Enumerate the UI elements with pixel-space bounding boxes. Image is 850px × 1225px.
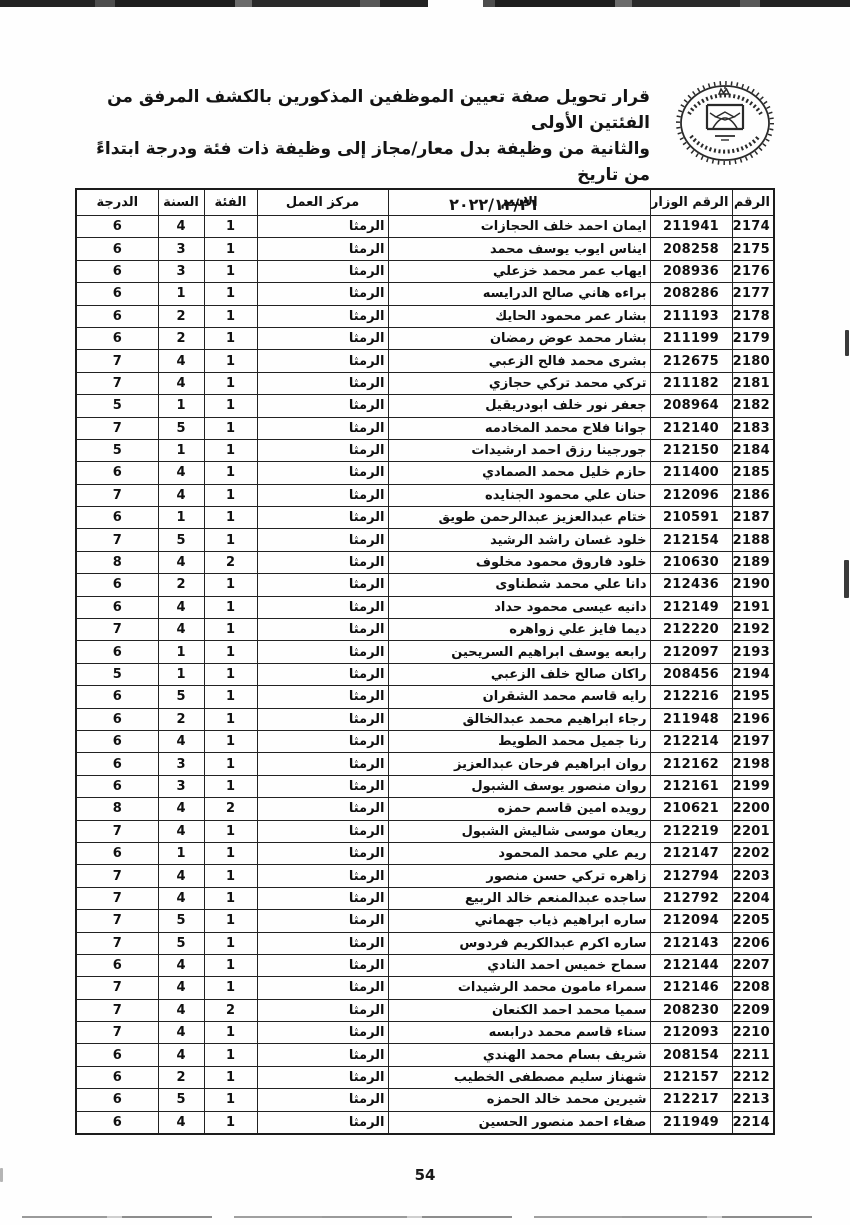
grade-cell: 6 [76, 1089, 158, 1111]
category-cell: 1 [204, 842, 257, 864]
ministry-number-cell: 211400 [650, 462, 732, 484]
table-row: 2201212219ريعان موسى شاليش الشبولالرمثا1… [76, 820, 774, 842]
header-year: السنة [158, 189, 204, 216]
ministry-number-cell: 212154 [650, 529, 732, 551]
ministry-number-cell: 208154 [650, 1044, 732, 1066]
category-cell: 1 [204, 977, 257, 999]
ministry-number-cell: 211948 [650, 708, 732, 730]
year-cell: 2 [158, 305, 204, 327]
grade-cell: 7 [76, 887, 158, 909]
name-cell: جورجينا رزق احمد ارشيدات [388, 439, 650, 461]
row-number-cell: 2198 [732, 753, 774, 775]
grade-cell: 8 [76, 551, 158, 573]
year-cell: 4 [158, 820, 204, 842]
row-number-cell: 2199 [732, 775, 774, 797]
grade-cell: 6 [76, 574, 158, 596]
ministry-number-cell: 211941 [650, 216, 732, 238]
table-row: 2179211199بشار محمد عوض رمضانالرمثا126 [76, 327, 774, 349]
name-cell: سناء قاسم محمد درابسه [388, 1022, 650, 1044]
row-number-cell: 2203 [732, 865, 774, 887]
year-cell: 5 [158, 1089, 204, 1111]
table-row: 2205212094ساره ابراهيم ذياب جهمانيالرمثا… [76, 910, 774, 932]
grade-cell: 7 [76, 372, 158, 394]
work-center-cell: الرمثا [257, 1089, 388, 1111]
table-row: 2210212093سناء قاسم محمد درابسهالرمثا147 [76, 1022, 774, 1044]
work-center-cell: الرمثا [257, 865, 388, 887]
ministry-number-cell: 210621 [650, 798, 732, 820]
year-cell: 5 [158, 417, 204, 439]
grade-cell: 6 [76, 216, 158, 238]
grade-cell: 6 [76, 305, 158, 327]
ministry-number-cell: 211949 [650, 1111, 732, 1134]
header-ministry-number: الرقم الوزاري [650, 189, 732, 216]
ministry-number-cell: 212140 [650, 417, 732, 439]
work-center-cell: الرمثا [257, 1044, 388, 1066]
scan-edge-artifact-top [0, 0, 850, 7]
name-cell: صفاء احمد منصور الحسين [388, 1111, 650, 1134]
name-cell: رابعه يوسف ابراهيم السريحين [388, 641, 650, 663]
table-row: 2212212157شهناز سليم مصطفى الخطيبالرمثا1… [76, 1066, 774, 1088]
row-number-cell: 2193 [732, 641, 774, 663]
grade-cell: 7 [76, 417, 158, 439]
year-cell: 3 [158, 775, 204, 797]
table-row: 2213212217شيرين محمد خالد الحمزهالرمثا15… [76, 1089, 774, 1111]
category-cell: 1 [204, 932, 257, 954]
grade-cell: 6 [76, 507, 158, 529]
ministry-number-cell: 208230 [650, 999, 732, 1021]
grade-cell: 5 [76, 439, 158, 461]
ministry-number-cell: 212162 [650, 753, 732, 775]
year-cell: 5 [158, 686, 204, 708]
ministry-number-cell: 212436 [650, 574, 732, 596]
year-cell: 2 [158, 327, 204, 349]
work-center-cell: الرمثا [257, 551, 388, 573]
grade-cell: 6 [76, 462, 158, 484]
category-cell: 1 [204, 574, 257, 596]
year-cell: 2 [158, 708, 204, 730]
row-number-cell: 2210 [732, 1022, 774, 1044]
work-center-cell: الرمثا [257, 327, 388, 349]
row-number-cell: 2213 [732, 1089, 774, 1111]
name-cell: زاهره تركي حسن منصور [388, 865, 650, 887]
row-number-cell: 2196 [732, 708, 774, 730]
year-cell: 4 [158, 350, 204, 372]
table-row: 2188212154خلود غسان راشد الرشيدالرمثا157 [76, 529, 774, 551]
grade-cell: 6 [76, 753, 158, 775]
name-cell: سماح خميس احمد النادي [388, 954, 650, 976]
year-cell: 1 [158, 439, 204, 461]
category-cell: 1 [204, 954, 257, 976]
jordan-ministry-seal-icon [661, 78, 789, 168]
ministry-number-cell: 212144 [650, 954, 732, 976]
year-cell: 4 [158, 999, 204, 1021]
name-cell: راكان صالح خلف الزعبي [388, 663, 650, 685]
year-cell: 2 [158, 574, 204, 596]
work-center-cell: الرمثا [257, 910, 388, 932]
name-cell: بشار محمد عوض رمضان [388, 327, 650, 349]
table-row: 2198212162روان ابراهيم فرحان عبدالعزيزال… [76, 753, 774, 775]
table-row: 2183212140جوانا فلاح محمد المخادمهالرمثا… [76, 417, 774, 439]
category-cell: 1 [204, 462, 257, 484]
category-cell: 1 [204, 708, 257, 730]
work-center-cell: الرمثا [257, 350, 388, 372]
grade-cell: 7 [76, 484, 158, 506]
category-cell: 1 [204, 350, 257, 372]
year-cell: 3 [158, 753, 204, 775]
category-cell: 2 [204, 999, 257, 1021]
work-center-cell: الرمثا [257, 977, 388, 999]
ministry-number-cell: 211199 [650, 327, 732, 349]
category-cell: 1 [204, 775, 257, 797]
table-row: 2182208964جعفر نور خلف ابودريقيلالرمثا11… [76, 395, 774, 417]
name-cell: شيرين محمد خالد الحمزه [388, 1089, 650, 1111]
ministry-number-cell: 212220 [650, 619, 732, 641]
work-center-cell: الرمثا [257, 820, 388, 842]
year-cell: 4 [158, 484, 204, 506]
name-cell: بشرى محمد فالح الزعبي [388, 350, 650, 372]
name-cell: روان ابراهيم فرحان عبدالعزيز [388, 753, 650, 775]
table-header-row: الرقم الرقم الوزاري الاسم مركز العمل الف… [76, 189, 774, 216]
table-row: 2195212216رايه قاسم محمد الشقرانالرمثا15… [76, 686, 774, 708]
row-number-cell: 2202 [732, 842, 774, 864]
row-number-cell: 2204 [732, 887, 774, 909]
category-cell: 1 [204, 305, 257, 327]
work-center-cell: الرمثا [257, 798, 388, 820]
row-number-cell: 2209 [732, 999, 774, 1021]
ministry-number-cell: 212093 [650, 1022, 732, 1044]
row-number-cell: 2192 [732, 619, 774, 641]
row-number-cell: 2188 [732, 529, 774, 551]
year-cell: 1 [158, 842, 204, 864]
work-center-cell: الرمثا [257, 216, 388, 238]
ministry-number-cell: 212146 [650, 977, 732, 999]
row-number-cell: 2194 [732, 663, 774, 685]
row-number-cell: 2205 [732, 910, 774, 932]
employee-roster-table: الرقم الرقم الوزاري الاسم مركز العمل الف… [75, 188, 775, 1135]
decree-title-line2: والثانية من وظيفة بدل معار/مجاز إلى وظيف… [88, 136, 650, 188]
work-center-cell: الرمثا [257, 619, 388, 641]
table-row: 2196211948رجاء ابراهيم محمد عبدالخالقالر… [76, 708, 774, 730]
category-cell: 1 [204, 417, 257, 439]
row-number-cell: 2200 [732, 798, 774, 820]
decree-title-line1: قرار تحويل صفة تعيين الموظفين المذكورين … [88, 84, 650, 136]
grade-cell: 7 [76, 999, 158, 1021]
grade-cell: 7 [76, 865, 158, 887]
name-cell: رنا جميل محمد الطويط [388, 730, 650, 752]
name-cell: ايناس ايوب يوسف محمد [388, 238, 650, 260]
category-cell: 1 [204, 372, 257, 394]
work-center-cell: الرمثا [257, 596, 388, 618]
category-cell: 1 [204, 216, 257, 238]
year-cell: 4 [158, 865, 204, 887]
grade-cell: 7 [76, 910, 158, 932]
ministry-number-cell: 208936 [650, 260, 732, 282]
grade-cell: 7 [76, 932, 158, 954]
category-cell: 1 [204, 395, 257, 417]
ministry-number-cell: 212097 [650, 641, 732, 663]
table-row: 2194208456راكان صالح خلف الزعبيالرمثا115 [76, 663, 774, 685]
scanned-decree-page: قرار تحويل صفة تعيين الموظفين المذكورين … [0, 0, 850, 1225]
ministry-number-cell: 212157 [650, 1066, 732, 1088]
row-number-cell: 2183 [732, 417, 774, 439]
name-cell: ساره اكرم عبدالكريم فردوس [388, 932, 650, 954]
name-cell: جوانا فلاح محمد المخادمه [388, 417, 650, 439]
grade-cell: 6 [76, 730, 158, 752]
work-center-cell: الرمثا [257, 708, 388, 730]
work-center-cell: الرمثا [257, 260, 388, 282]
row-number-cell: 2176 [732, 260, 774, 282]
row-number-cell: 2211 [732, 1044, 774, 1066]
table-row: 2202212147ريم علي محمد المحمودالرمثا116 [76, 842, 774, 864]
table-row: 2181211182تركي محمد تركي حجازيالرمثا147 [76, 372, 774, 394]
year-cell: 4 [158, 798, 204, 820]
category-cell: 1 [204, 1066, 257, 1088]
row-number-cell: 2191 [732, 596, 774, 618]
ministry-number-cell: 210591 [650, 507, 732, 529]
row-number-cell: 2175 [732, 238, 774, 260]
grade-cell: 5 [76, 663, 158, 685]
year-cell: 4 [158, 372, 204, 394]
work-center-cell: الرمثا [257, 462, 388, 484]
name-cell: ختام عبدالعزيز عبدالرحمن طويق [388, 507, 650, 529]
table-row: 2192212220ديما فايز علي زواهرهالرمثا147 [76, 619, 774, 641]
work-center-cell: الرمثا [257, 932, 388, 954]
work-center-cell: الرمثا [257, 842, 388, 864]
grade-cell: 7 [76, 820, 158, 842]
grade-cell: 6 [76, 954, 158, 976]
header-category: الفئة [204, 189, 257, 216]
year-cell: 4 [158, 1022, 204, 1044]
ministry-number-cell: 212214 [650, 730, 732, 752]
ministry-number-cell: 208456 [650, 663, 732, 685]
category-cell: 2 [204, 551, 257, 573]
work-center-cell: الرمثا [257, 887, 388, 909]
row-number-cell: 2208 [732, 977, 774, 999]
ministry-number-cell: 212161 [650, 775, 732, 797]
year-cell: 4 [158, 1111, 204, 1134]
category-cell: 1 [204, 686, 257, 708]
ministry-number-cell: 208258 [650, 238, 732, 260]
year-cell: 3 [158, 260, 204, 282]
table-row: 2175208258ايناس ايوب يوسف محمدالرمثا136 [76, 238, 774, 260]
header-grade: الدرجة [76, 189, 158, 216]
table-row: 2203212794زاهره تركي حسن منصورالرمثا147 [76, 865, 774, 887]
grade-cell: 7 [76, 350, 158, 372]
table-row: 2185211400حازم خليل محمد الصماديالرمثا14… [76, 462, 774, 484]
ministry-number-cell: 212217 [650, 1089, 732, 1111]
row-number-cell: 2206 [732, 932, 774, 954]
grade-cell: 6 [76, 686, 158, 708]
table-row: 2199212161روان منصور يوسف الشبولالرمثا13… [76, 775, 774, 797]
ministry-number-cell: 212149 [650, 596, 732, 618]
year-cell: 4 [158, 216, 204, 238]
ministry-number-cell: 212675 [650, 350, 732, 372]
category-cell: 1 [204, 238, 257, 260]
year-cell: 1 [158, 507, 204, 529]
employee-table-body: 2174211941ايمان احمد خلف الحجازاتالرمثا1… [76, 216, 774, 1135]
work-center-cell: الرمثا [257, 641, 388, 663]
ministry-number-cell: 211193 [650, 305, 732, 327]
table-row: 2191212149دانيه عيسى محمود حدادالرمثا146 [76, 596, 774, 618]
name-cell: جعفر نور خلف ابودريقيل [388, 395, 650, 417]
name-cell: ريم علي محمد المحمود [388, 842, 650, 864]
category-cell: 1 [204, 820, 257, 842]
name-cell: دانا علي محمد شطناوى [388, 574, 650, 596]
grade-cell: 5 [76, 395, 158, 417]
work-center-cell: الرمثا [257, 574, 388, 596]
table-row: 2206212143ساره اكرم عبدالكريم فردوسالرمث… [76, 932, 774, 954]
year-cell: 1 [158, 641, 204, 663]
ministry-number-cell: 210630 [650, 551, 732, 573]
category-cell: 1 [204, 484, 257, 506]
table-row: 2177208286براءه هاني صالح الدرايسهالرمثا… [76, 283, 774, 305]
table-row: 2189210630خلود فاروق محمود مخلوفالرمثا24… [76, 551, 774, 573]
row-number-cell: 2207 [732, 954, 774, 976]
ministry-number-cell: 212094 [650, 910, 732, 932]
name-cell: خلود غسان راشد الرشيد [388, 529, 650, 551]
name-cell: براءه هاني صالح الدرايسه [388, 283, 650, 305]
name-cell: رايه قاسم محمد الشقران [388, 686, 650, 708]
name-cell: رويده امين قاسم حمزه [388, 798, 650, 820]
grade-cell: 7 [76, 619, 158, 641]
scan-smudge [844, 560, 849, 598]
category-cell: 1 [204, 1022, 257, 1044]
row-number-cell: 2181 [732, 372, 774, 394]
name-cell: خلود فاروق محمود مخلوف [388, 551, 650, 573]
year-cell: 4 [158, 596, 204, 618]
grade-cell: 6 [76, 327, 158, 349]
name-cell: تركي محمد تركي حجازي [388, 372, 650, 394]
table-row: 2178211193بشار عمر محمود الحايكالرمثا126 [76, 305, 774, 327]
name-cell: شريف بسام محمد الهندي [388, 1044, 650, 1066]
grade-cell: 6 [76, 842, 158, 864]
work-center-cell: الرمثا [257, 954, 388, 976]
row-number-cell: 2214 [732, 1111, 774, 1134]
ministry-number-cell: 208964 [650, 395, 732, 417]
row-number-cell: 2212 [732, 1066, 774, 1088]
header-name: الاسم [388, 189, 650, 216]
work-center-cell: الرمثا [257, 1111, 388, 1134]
name-cell: سميا محمد احمد الكنعان [388, 999, 650, 1021]
grade-cell: 6 [76, 708, 158, 730]
ministry-number-cell: 212216 [650, 686, 732, 708]
grade-cell: 7 [76, 1022, 158, 1044]
grade-cell: 6 [76, 641, 158, 663]
year-cell: 4 [158, 462, 204, 484]
work-center-cell: الرمثا [257, 529, 388, 551]
work-center-cell: الرمثا [257, 395, 388, 417]
row-number-cell: 2177 [732, 283, 774, 305]
category-cell: 1 [204, 641, 257, 663]
ministry-number-cell: 212792 [650, 887, 732, 909]
year-cell: 1 [158, 395, 204, 417]
category-cell: 1 [204, 1089, 257, 1111]
work-center-cell: الرمثا [257, 730, 388, 752]
table-row: 2204212792ساجده عبدالمنعم خالد الربيعالر… [76, 887, 774, 909]
category-cell: 1 [204, 753, 257, 775]
scan-edge-artifact-bottom [22, 1216, 828, 1218]
grade-cell: 6 [76, 1111, 158, 1134]
work-center-cell: الرمثا [257, 753, 388, 775]
category-cell: 1 [204, 507, 257, 529]
row-number-cell: 2195 [732, 686, 774, 708]
ministry-number-cell: 211182 [650, 372, 732, 394]
header-work-center: مركز العمل [257, 189, 388, 216]
table-row: 2190212436دانا علي محمد شطناوىالرمثا126 [76, 574, 774, 596]
category-cell: 1 [204, 730, 257, 752]
ministry-number-cell: 212147 [650, 842, 732, 864]
category-cell: 1 [204, 327, 257, 349]
ministry-number-cell: 208286 [650, 283, 732, 305]
grade-cell: 6 [76, 260, 158, 282]
table-row: 2200210621رويده امين قاسم حمزهالرمثا248 [76, 798, 774, 820]
scan-edge-gap [428, 0, 483, 7]
category-cell: 1 [204, 910, 257, 932]
grade-cell: 6 [76, 596, 158, 618]
year-cell: 4 [158, 954, 204, 976]
name-cell: حازم خليل محمد الصمادي [388, 462, 650, 484]
name-cell: ايمان احمد خلف الحجازات [388, 216, 650, 238]
work-center-cell: الرمثا [257, 663, 388, 685]
table-row: 2187210591ختام عبدالعزيز عبدالرحمن طويقا… [76, 507, 774, 529]
grade-cell: 7 [76, 529, 158, 551]
work-center-cell: الرمثا [257, 238, 388, 260]
work-center-cell: الرمثا [257, 999, 388, 1021]
grade-cell: 6 [76, 775, 158, 797]
name-cell: حنان علي محمود الجنايده [388, 484, 650, 506]
year-cell: 4 [158, 730, 204, 752]
row-number-cell: 2182 [732, 395, 774, 417]
grade-cell: 6 [76, 1066, 158, 1088]
work-center-cell: الرمثا [257, 1066, 388, 1088]
row-number-cell: 2180 [732, 350, 774, 372]
name-cell: ريعان موسى شاليش الشبول [388, 820, 650, 842]
row-number-cell: 2201 [732, 820, 774, 842]
table-row: 2197212214رنا جميل محمد الطويطالرمثا146 [76, 730, 774, 752]
work-center-cell: الرمثا [257, 439, 388, 461]
name-cell: ساره ابراهيم ذياب جهماني [388, 910, 650, 932]
name-cell: سمراء مامون محمد الرشيدات [388, 977, 650, 999]
table-row: 2184212150جورجينا رزق احمد ارشيداتالرمثا… [76, 439, 774, 461]
category-cell: 1 [204, 283, 257, 305]
table-row: 2208212146سمراء مامون محمد الرشيداتالرمث… [76, 977, 774, 999]
row-number-cell: 2187 [732, 507, 774, 529]
work-center-cell: الرمثا [257, 775, 388, 797]
name-cell: روان منصور يوسف الشبول [388, 775, 650, 797]
work-center-cell: الرمثا [257, 484, 388, 506]
scan-smudge [0, 1168, 3, 1182]
table-row: 2174211941ايمان احمد خلف الحجازاتالرمثا1… [76, 216, 774, 238]
ministry-number-cell: 212794 [650, 865, 732, 887]
row-number-cell: 2178 [732, 305, 774, 327]
name-cell: بشار عمر محمود الحايك [388, 305, 650, 327]
year-cell: 5 [158, 910, 204, 932]
row-number-cell: 2185 [732, 462, 774, 484]
ministry-number-cell: 212096 [650, 484, 732, 506]
table-row: 2186212096حنان علي محمود الجنايدهالرمثا1… [76, 484, 774, 506]
grade-cell: 8 [76, 798, 158, 820]
table-row: 2214211949صفاء احمد منصور الحسينالرمثا14… [76, 1111, 774, 1134]
name-cell: ديما فايز علي زواهره [388, 619, 650, 641]
year-cell: 3 [158, 238, 204, 260]
row-number-cell: 2197 [732, 730, 774, 752]
grade-cell: 7 [76, 977, 158, 999]
row-number-cell: 2190 [732, 574, 774, 596]
category-cell: 1 [204, 663, 257, 685]
category-cell: 1 [204, 887, 257, 909]
category-cell: 1 [204, 619, 257, 641]
year-cell: 4 [158, 977, 204, 999]
